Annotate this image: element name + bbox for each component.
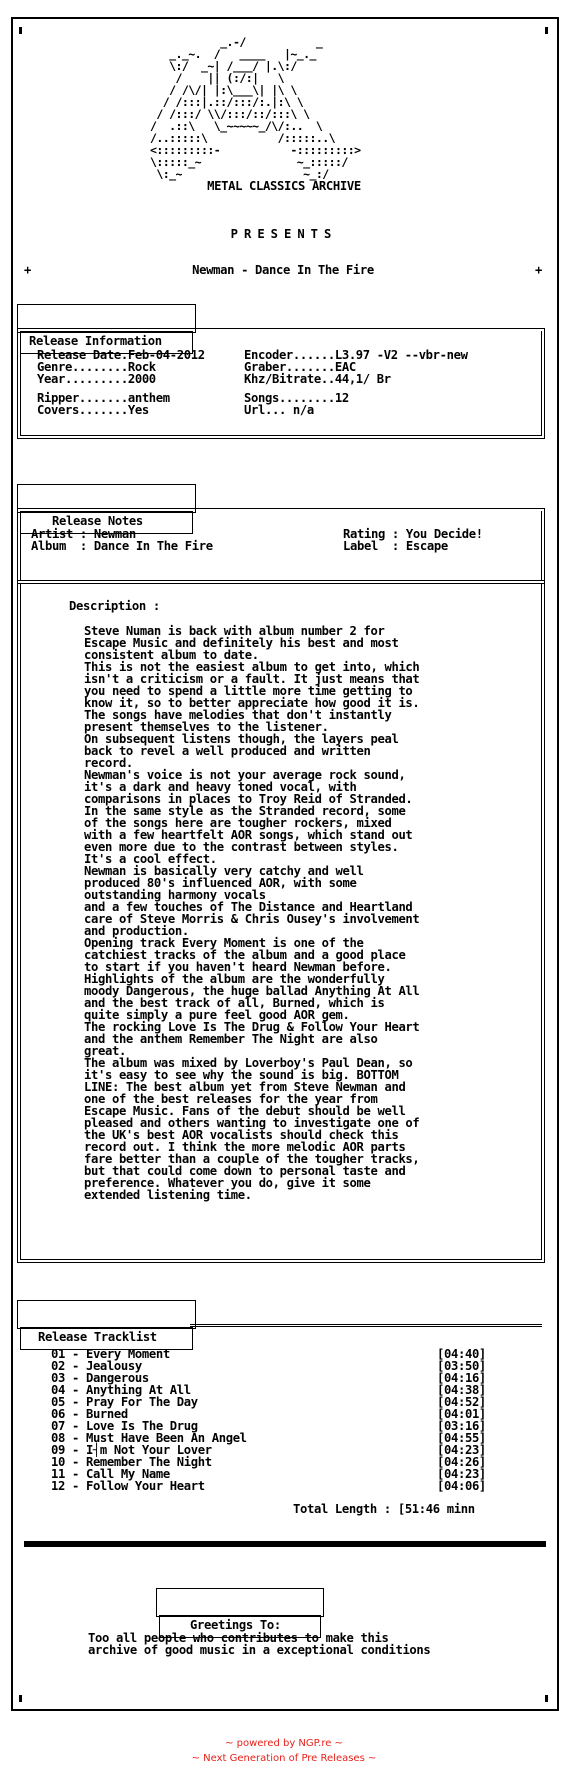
corner-marker-top-right: [545, 27, 548, 34]
greetings-heading-box: Greetings To:: [156, 1588, 324, 1617]
total-length-value: [51:46 minn: [398, 1502, 475, 1516]
release-title: Newman - Dance In The Fire: [24, 264, 542, 276]
info-field-value: 2000: [128, 372, 156, 386]
info-field-value: Yes: [128, 403, 149, 417]
label-value: Escape: [406, 539, 448, 553]
logo-caption: METAL CLASSICS ARCHIVE: [0, 180, 568, 192]
section-divider-bar: [24, 1541, 546, 1547]
info-field-label: Url...: [244, 403, 286, 417]
tracklist-rule: [190, 1324, 542, 1327]
corner-marker-bottom-left: [19, 1695, 22, 1702]
label-line: Label : Escape: [343, 540, 448, 552]
description-line: back to revel a well produced and writte…: [84, 745, 419, 757]
release-info-left-column: Release Date.Feb-04-2012Genre........Roc…: [37, 349, 205, 416]
track-length: [04:06]: [437, 1480, 486, 1492]
plus-marker-right: +: [535, 264, 542, 276]
info-field-label: Covers.......: [37, 403, 128, 417]
release-info-right-column: Encoder......L3.97 -V2 --vbr-newGraber..…: [244, 349, 468, 416]
greetings-text: Too all people who contributes to make t…: [88, 1632, 430, 1656]
total-length: Total Length : [51:46 minn: [293, 1503, 475, 1515]
corner-marker-bottom-right: [545, 1695, 548, 1702]
corner-marker-top-left: [19, 27, 22, 34]
greetings-line: archive of good music in a exceptional c…: [88, 1644, 430, 1656]
track-list: 01 - Every Moment[04:40]02 - Jealousy[03…: [51, 1348, 491, 1492]
ngp-tagline-footer: ~ Next Generation of Pre Releases ~: [0, 1753, 568, 1765]
ascii-logo: _.-/ _ _._~. / ____ |~_._ \:/ _~| /___/ …: [150, 36, 361, 180]
track-number: 12 -: [51, 1479, 86, 1493]
description-box: Description : Steve Numan is back with a…: [17, 580, 545, 1263]
description-line: and the anthem Remember The Night are al…: [84, 1033, 419, 1045]
info-field-label: Khz/Bitrate..: [244, 372, 335, 386]
artist-album-box: Artist : Newman Album : Dance In The Fir…: [17, 508, 545, 584]
powered-by-footer: ~ powered by NGP.re ~: [0, 1738, 568, 1750]
info-field-value: 12: [335, 391, 349, 405]
description-text: Steve Numan is back with album number 2 …: [84, 625, 419, 1201]
album-value: Dance In The Fire: [94, 539, 213, 553]
presents-heading: PRESENTS: [0, 228, 568, 240]
info-field-value: 44,1/ Br: [335, 372, 391, 386]
tab-release-tracklist: Release Tracklist: [17, 1300, 196, 1329]
info-field: Url... n/a: [244, 404, 468, 416]
label-label: Label :: [343, 539, 406, 553]
info-field-value: n/a: [286, 403, 314, 417]
release-information-box: Release Date.Feb-04-2012Genre........Roc…: [17, 328, 545, 439]
info-field: Year.........2000: [37, 373, 205, 385]
album-line: Album : Dance In The Fire: [31, 540, 213, 552]
track-row: 12 - Follow Your Heart[04:06]: [51, 1480, 491, 1492]
description-heading: Description :: [69, 600, 160, 612]
album-label: Album :: [31, 539, 94, 553]
info-field: Covers.......Yes: [37, 404, 205, 416]
track-title: Follow Your Heart: [86, 1479, 205, 1493]
info-field-label: Year.........: [37, 372, 128, 386]
description-line: extended listening time.: [84, 1189, 419, 1201]
info-field: Khz/Bitrate..44,1/ Br: [244, 373, 468, 385]
total-length-label: Total Length :: [293, 1502, 398, 1516]
